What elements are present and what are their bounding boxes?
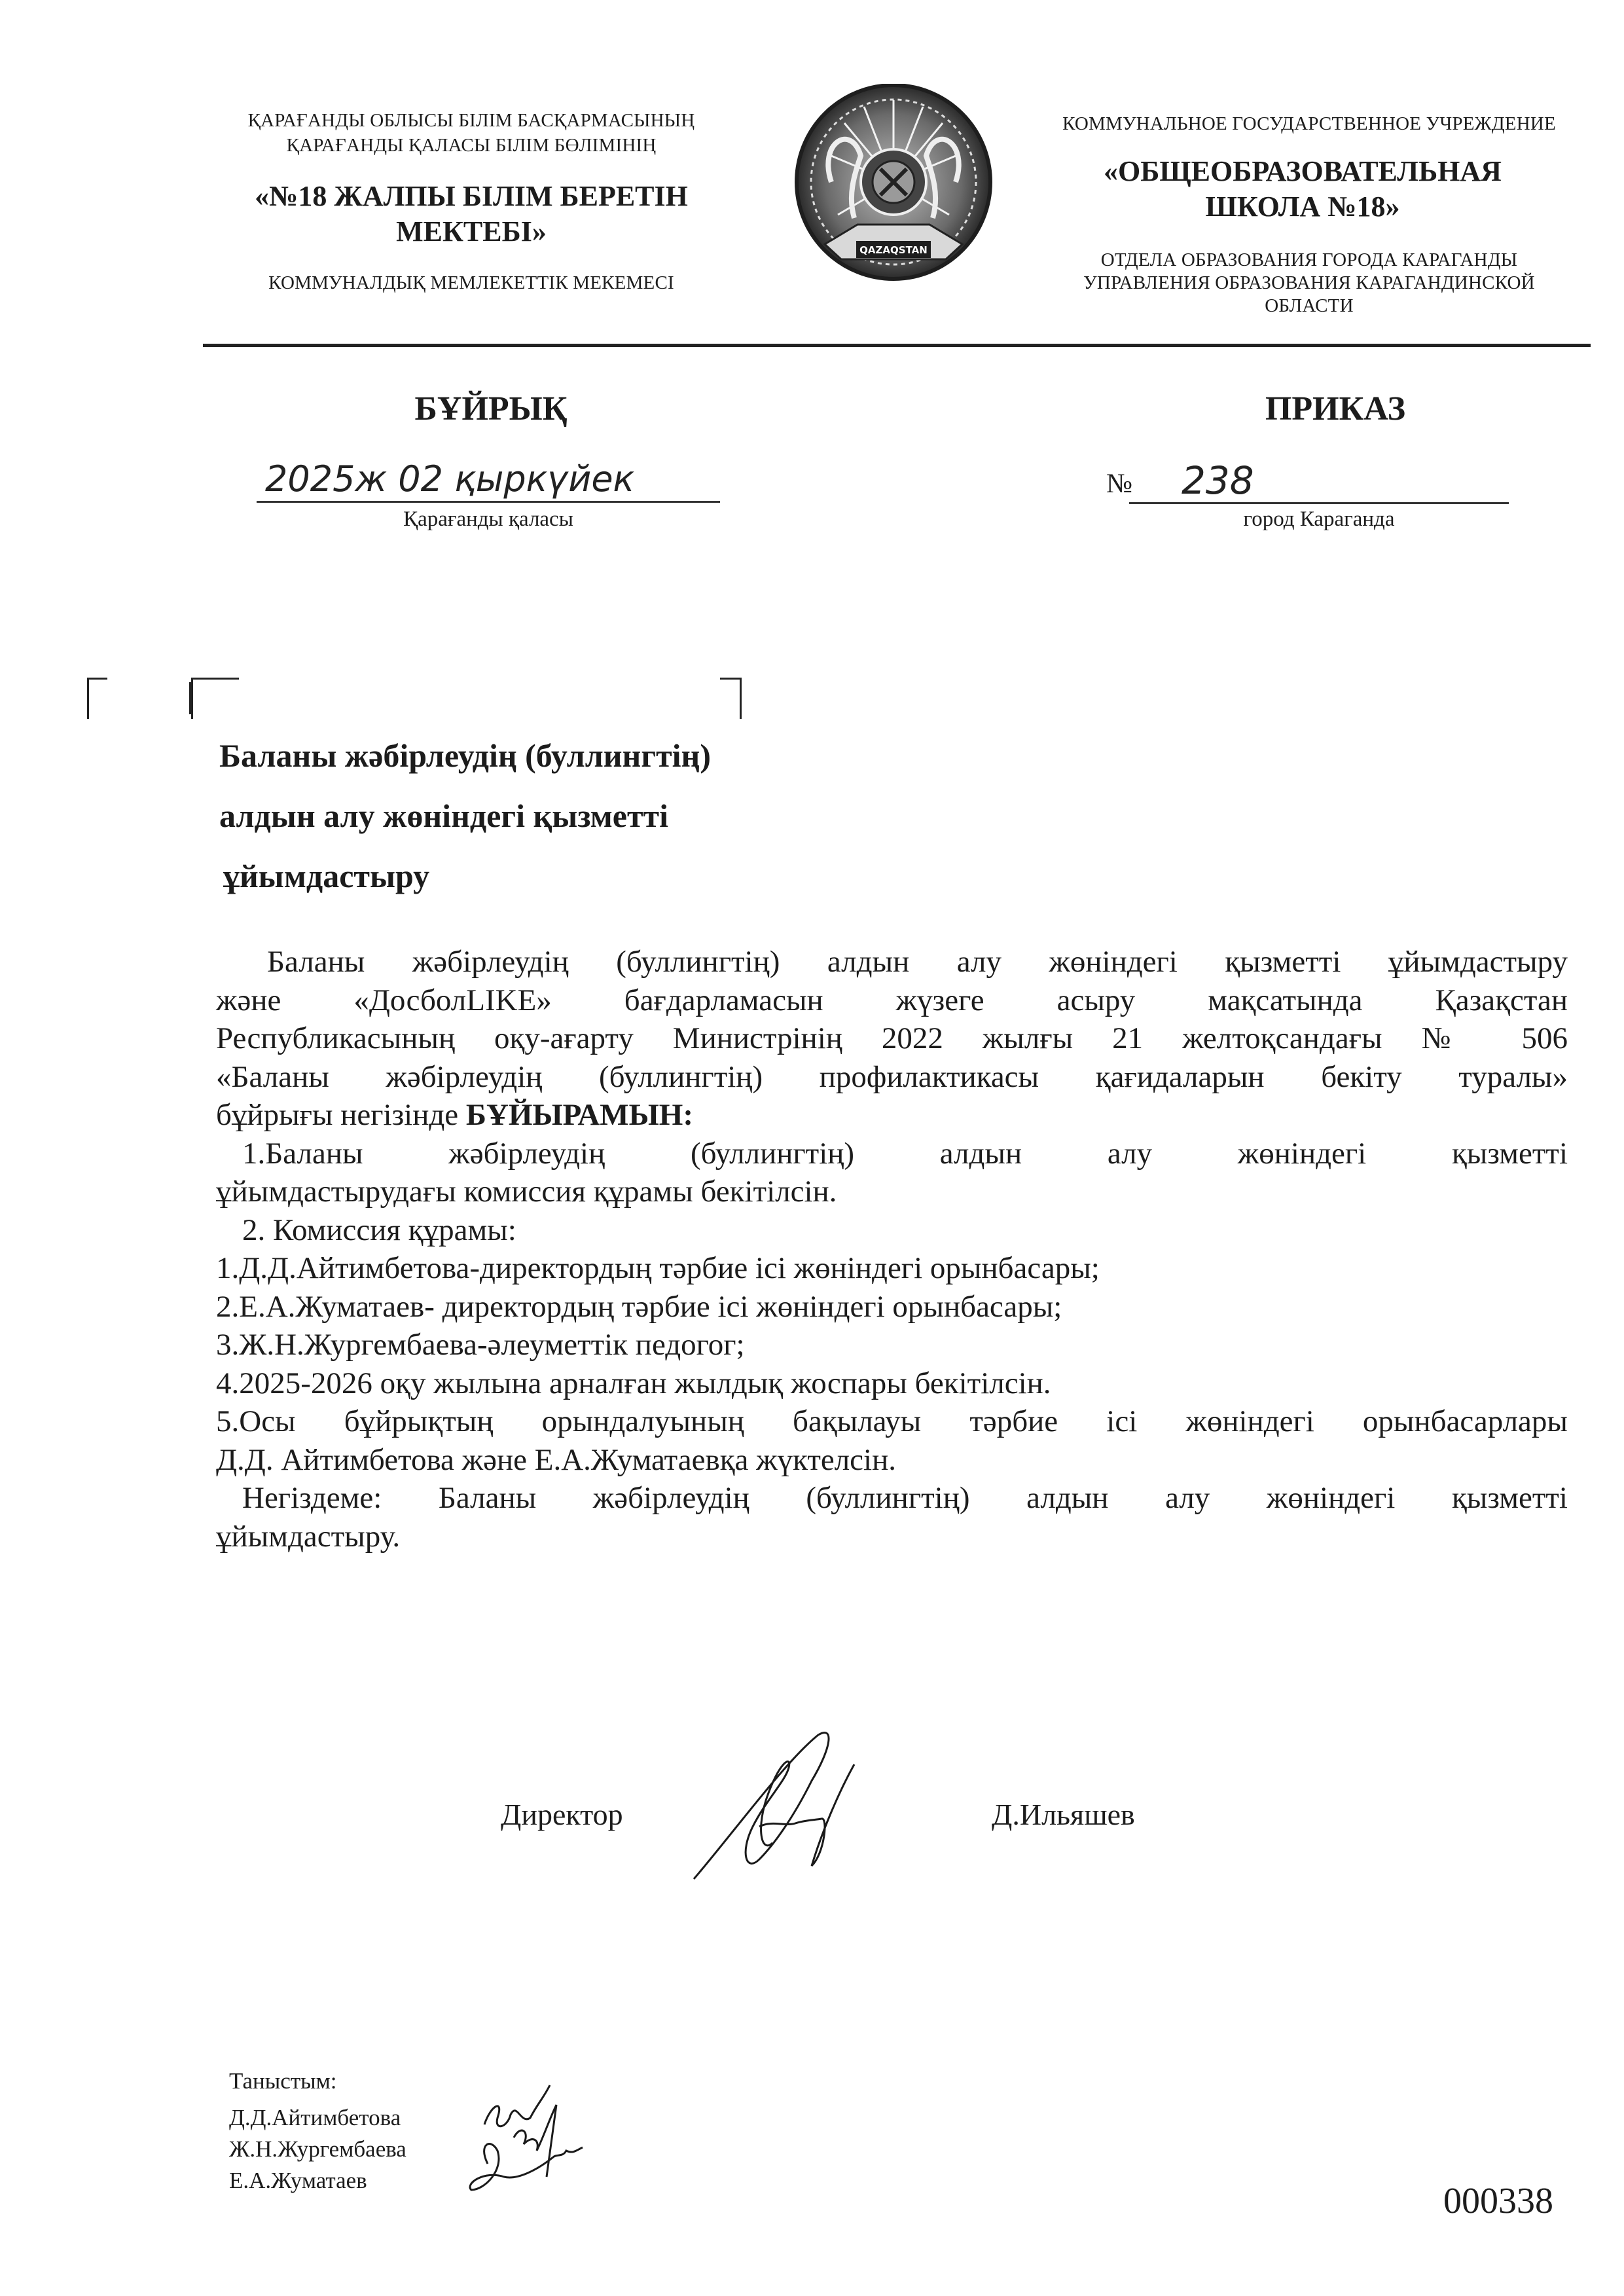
- director-signature-icon: [681, 1722, 916, 1886]
- item-5-line-1: 5.Осы бұйрықтың орындалуының бақылауы тә…: [216, 1402, 1568, 1441]
- acknowledgement-block: Таныстым: Д.Д.Айтимбетова Ж.Н.Жургембаев…: [229, 2066, 406, 2196]
- school-name-ru-line2: ШКОЛА №18»: [1021, 189, 1584, 225]
- acknowledgement-label: Таныстым:: [229, 2066, 406, 2097]
- order-date-handwritten: 2025ж 02 қыркүйек: [265, 458, 723, 500]
- city-ru: город Караганда: [1129, 507, 1509, 532]
- basis-line-1: Негіздеме: Баланы жәбірлеудің (буллингті…: [216, 1479, 1568, 1518]
- signer-name: Д.Ильяшев: [992, 1797, 1135, 1832]
- preamble-line-5: бұйрығы негізінде БҰЙЫРАМЫН:: [216, 1096, 1568, 1135]
- order-subject: Баланы жәбірлеудің (буллингтің) алдын ал…: [219, 725, 939, 906]
- corner-mark-left: [87, 678, 107, 719]
- item-1-line-1: 1.Баланы жәбірлеудің (буллингтің) алдын …: [216, 1135, 1568, 1173]
- subject-line2: алдын алу жөніндегі қызметті: [219, 786, 939, 846]
- ack-name-1: Д.Д.Айтимбетова: [229, 2102, 406, 2134]
- item-4: 4.2025-2026 оқу жылына арналған жылдық ж…: [216, 1364, 1568, 1403]
- emblem-ribbon-text: QAZAQSTAN: [859, 244, 928, 256]
- item-5-line-2: Д.Д. Айтимбетова және Е.А.Жуматаевқа жүк…: [216, 1441, 1568, 1480]
- signer-position: Директор: [501, 1797, 623, 1832]
- header-divider: [203, 344, 1591, 347]
- header-right-school: «ОБЩЕОБРАЗОВАТЕЛЬНАЯ ШКОЛА №18»: [1021, 154, 1584, 225]
- member-2: 2.Е.А.Жуматаев- директордың тәрбие ісі ж…: [216, 1288, 1568, 1326]
- order-number-handwritten: 238: [1182, 458, 1254, 503]
- document-serial-number: 000338: [1443, 2180, 1553, 2222]
- header-right-block: ОТДЕЛА ОБРАЗОВАНИЯ ГОРОДА КАРАГАНДЫ УПРА…: [1021, 249, 1597, 318]
- subject-line3: ұйымдастыру: [219, 846, 939, 906]
- header-right-line2: УПРАВЛЕНИЯ ОБРАЗОВАНИЯ КАРАГАНДИНСКОЙ: [1021, 272, 1597, 295]
- header-left-block: ҚАРАҒАНДЫ ОБЛЫСЫ БІЛІМ БАСҚАРМАСЫНЫҢ ҚАР…: [177, 108, 766, 158]
- item-1-line-2: ұйымдастырудағы комиссия құрамы бекітілс…: [216, 1173, 1568, 1211]
- order-title-ru: ПРИКАЗ: [1172, 390, 1499, 428]
- school-name-kz-line2: МЕКТЕБІ»: [177, 214, 766, 249]
- subject-line1: Баланы жәбірлеудің (буллингтің): [219, 725, 939, 786]
- ack-name-3: Е.А.Жуматаев: [229, 2165, 406, 2196]
- preamble-line-3: Республикасының оқу-ағарту Министрінің 2…: [216, 1019, 1568, 1058]
- acknowledgement-signatures-icon: [458, 2079, 628, 2203]
- date-underline: [257, 501, 720, 503]
- preamble-line-2: және «ДосболLIKE» бағдарламасын жүзеге а…: [216, 981, 1568, 1020]
- order-body: Баланы жәбірлеудің (буллингтің) алдын ал…: [216, 943, 1568, 1556]
- city-kz: Қарағанды қаласы: [257, 507, 720, 532]
- preamble-line-4: «Баланы жәбірлеудің (буллингтің) профила…: [216, 1058, 1568, 1097]
- ack-name-2: Ж.Н.Жургембаева: [229, 2134, 406, 2165]
- basis-line-2: ұйымдастыру.: [216, 1518, 1568, 1556]
- member-3: 3.Ж.Н.Жургембаева-әлеуметтік педогог;: [216, 1326, 1568, 1364]
- header-right-type: КОММУНАЛЬНОЕ ГОСУДАРСТВЕННОЕ УЧРЕЖДЕНИЕ: [1021, 111, 1597, 136]
- number-underline: [1129, 502, 1509, 504]
- school-name-kz-line1: «№18 ЖАЛПЫ БІЛІМ БЕРЕТІН: [177, 179, 766, 214]
- command-word: БҰЙЫРАМЫН:: [466, 1098, 693, 1132]
- member-1: 1.Д.Д.Айтимбетова-директордың тәрбие ісі…: [216, 1249, 1568, 1288]
- school-name-ru-line1: «ОБЩЕОБРАЗОВАТЕЛЬНАЯ: [1021, 154, 1584, 189]
- corner-mark-left-double: [191, 678, 239, 719]
- header-left-line1: ҚАРАҒАНДЫ ОБЛЫСЫ БІЛІМ БАСҚАРМАСЫНЫҢ: [177, 108, 766, 133]
- header-left-line2: ҚАРАҒАНДЫ ҚАЛАСЫ БІЛІМ БӨЛІМІНІҢ: [177, 133, 766, 158]
- preamble-line-1: Баланы жәбірлеудің (буллингтің) алдын ал…: [216, 943, 1568, 981]
- item-2: 2. Комиссия құрамы:: [216, 1211, 1568, 1250]
- header-right-line3: ОБЛАСТИ: [1021, 295, 1597, 318]
- header-left-type: КОММУНАЛДЫҚ МЕМЛЕКЕТТІК МЕКЕМЕСІ: [177, 270, 766, 295]
- header-right-line1: ОТДЕЛА ОБРАЗОВАНИЯ ГОРОДА КАРАГАНДЫ: [1021, 249, 1597, 272]
- corner-mark-right: [720, 678, 742, 719]
- order-number-label: №: [1106, 468, 1132, 500]
- preamble-last: бұйрығы негізінде: [216, 1098, 466, 1132]
- order-title-kz: БҰЙРЫҚ: [327, 390, 655, 428]
- state-emblem-icon: QAZAQSTAN: [792, 84, 995, 287]
- header-left-school: «№18 ЖАЛПЫ БІЛІМ БЕРЕТІН МЕКТЕБІ»: [177, 179, 766, 249]
